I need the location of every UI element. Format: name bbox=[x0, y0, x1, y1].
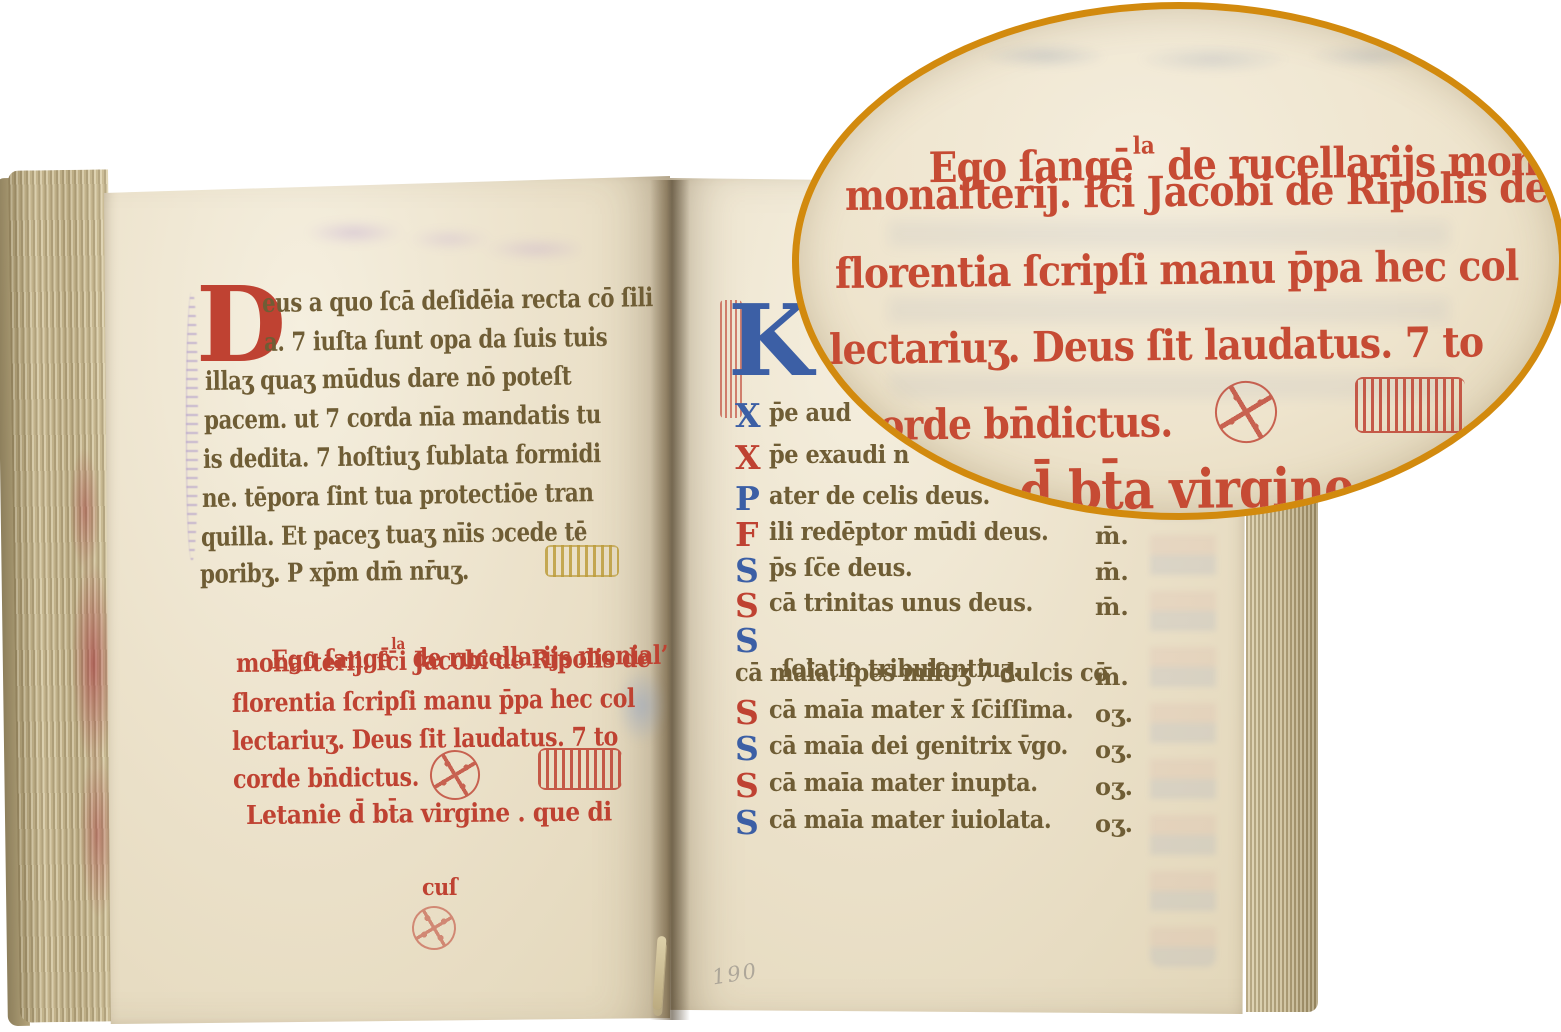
litany-row: Scā maīa mater inupta. oʒ. bbox=[735, 766, 1175, 800]
erased-inscription-smudge bbox=[290, 203, 580, 269]
manuscript-photo: D eus a quo ſcā deſidēia recta cō ſili a… bbox=[0, 0, 1561, 1032]
litany-text: cā trinitas unus deus. bbox=[769, 590, 1033, 615]
litany-response: oʒ. bbox=[1095, 772, 1133, 801]
litany-initial: S bbox=[735, 551, 769, 590]
prayer-line: a. 7 iuſta ſunt opa da ſuis tuis bbox=[264, 325, 607, 356]
litany-row: Fili redēptor mūdi deus. m̄. bbox=[735, 515, 1175, 549]
litany-initial: P bbox=[735, 479, 769, 518]
litany-text: ili redēptor mūdi deus. bbox=[769, 519, 1048, 544]
colophon-line: monaſterij. ſc̄i Jacobi de Ripolis de bbox=[236, 646, 651, 677]
litany-row: Scā maīa mater x̄ ſc̄iſſima. oʒ. bbox=[735, 693, 1175, 727]
litany-row: ſolatio tribulantiuʒ. m̄. bbox=[748, 656, 1188, 690]
litany-row: Scā maīa mater iuiolata. oʒ. bbox=[735, 803, 1175, 837]
litany-text: cā maīa mater iuiolata. bbox=[769, 807, 1051, 832]
inset-colophon-line: lectariuʒ. Deus ſit laudatus. 7 to bbox=[829, 321, 1484, 371]
litany-text: p̄s ſc̄e deus. bbox=[769, 555, 912, 580]
litany-initial: S bbox=[735, 729, 769, 768]
litany-response: m̄. bbox=[1095, 662, 1129, 691]
litany-response: m̄. bbox=[1095, 521, 1129, 550]
litany-text: cā maīa mater inupta. bbox=[769, 770, 1038, 795]
catchword: cuſ bbox=[422, 876, 457, 899]
prayer-line: pacem. ut 7 corda nīa mandatis tu bbox=[204, 402, 601, 434]
prayer-line: ne. tēpora ſint tua protectiōe tran bbox=[202, 480, 594, 512]
prayer-line: poribʒ. P xp̄m dm̄ nr̄uʒ. bbox=[200, 558, 469, 588]
litany-initial: S bbox=[735, 766, 769, 805]
litany-row: Sp̄s ſc̄e deus. m̄. bbox=[735, 551, 1175, 585]
litany-initial: S bbox=[735, 586, 769, 625]
litany-initial: F bbox=[735, 515, 769, 554]
magnifier-inset-oval: Ego ſangēla de rucellarijs moni a monaſt… bbox=[792, 2, 1561, 520]
inset-colophon-line: corde bn̄dictus. bbox=[857, 401, 1173, 447]
red-comb-ornament bbox=[1355, 377, 1465, 433]
litany-text: p̄e aud bbox=[769, 400, 851, 425]
litany-initial: X bbox=[735, 438, 769, 477]
red-comb-ornament bbox=[538, 748, 622, 790]
litany-response: oʒ. bbox=[1095, 699, 1133, 728]
litany-response: oʒ. bbox=[1095, 809, 1133, 838]
litany-response: m̄. bbox=[1095, 592, 1129, 621]
superscript-abbreviation: la bbox=[1132, 131, 1154, 160]
litany-text: ſolatio tribulantiuʒ. bbox=[782, 656, 1020, 681]
rubric-line: Letanie d̄ bt̄a virgine . que di bbox=[246, 799, 612, 829]
litany-response: oʒ. bbox=[1095, 735, 1133, 764]
litany-text: cā maīa mater x̄ ſc̄iſſima. bbox=[769, 697, 1073, 722]
book-gutter bbox=[650, 180, 690, 1020]
prayer-line: quilla. Et paceʒ tuaʒ nīis ɔcede tē bbox=[201, 519, 587, 551]
colophon-line: florentia ſcripſi manu p̄pa hec col bbox=[232, 686, 635, 717]
prayer-line: is dedita. 7 hoſtiuʒ ſublata formidi bbox=[203, 441, 601, 473]
bleedthrough-initials-ghost-column bbox=[1150, 515, 1216, 967]
inset-colophon-line: monaſterij. ſc̄i Jacobi de Ripolis de bbox=[845, 167, 1548, 217]
prayer-line: eus a quo ſcā deſidēia recta cō ſili bbox=[262, 285, 653, 317]
left-page-edge-stack bbox=[8, 169, 120, 1022]
litany-text: cā maīa dei genitrix v̄go. bbox=[769, 733, 1068, 758]
litany-initial: S bbox=[735, 803, 769, 842]
prayer-line: illaʒ quaʒ mūdus dare nō poteſt bbox=[205, 364, 571, 395]
litany-row: Scā maīa dei genitrix v̄go. oʒ. bbox=[735, 729, 1175, 763]
litany-initial: X bbox=[735, 396, 769, 435]
litany-initial: S bbox=[735, 621, 769, 660]
litany-row: Scā maīa. ſpes miſoʒ 7 dulcis cō bbox=[735, 621, 1175, 655]
litany-row: Scā trinitas unus deus. m̄. bbox=[735, 586, 1175, 620]
inset-colophon-line: nie d̄ bt̄a virgine bbox=[921, 460, 1355, 519]
inset-colophon-line: florentia ſcripſi manu p̄pa hec col bbox=[835, 245, 1519, 295]
colophon-line: corde bn̄dictus. bbox=[233, 765, 419, 793]
litany-response: m̄. bbox=[1095, 557, 1129, 586]
bleedthrough-text-ghost bbox=[949, 23, 1429, 89]
litany-initial: S bbox=[735, 693, 769, 732]
gold-line-filler-ornament bbox=[545, 545, 619, 577]
